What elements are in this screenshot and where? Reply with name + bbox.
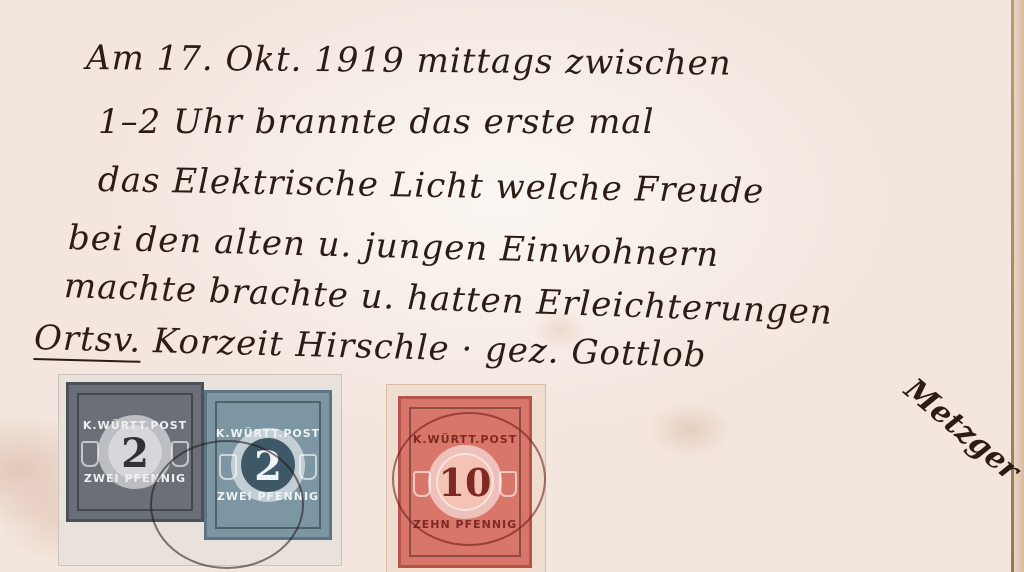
handwriting-line-2: 1–2 Uhr brannte das erste mal	[98, 102, 654, 142]
page-edge-shadow	[1014, 0, 1024, 572]
document-page: Am 17. Okt. 1919 mittags zwischen 1–2 Uh…	[0, 0, 1024, 572]
handwriting-line-1: Am 17. Okt. 1919 mittags zwischen	[86, 38, 732, 84]
underlined-title: Ortsv.	[33, 318, 141, 363]
postmark-cancellation	[392, 412, 546, 546]
postmark-cancellation	[150, 440, 304, 569]
handwriting-line-3: das Elektrische Licht welche Freude	[98, 160, 765, 212]
line-6-text: Korzeit Hirschle · gez. Gottlob	[152, 321, 707, 375]
stamp-top-text: K.WÜRTT.POST	[207, 427, 329, 440]
handwriting-line-4: bei den alten u. jungen Einwohnern	[67, 218, 719, 275]
page-edge-line	[1011, 0, 1014, 572]
signature: Metzger	[898, 372, 1024, 488]
handwriting-line-6: Ortsv. Korzeit Hirschle · gez. Gottlob	[33, 318, 707, 376]
